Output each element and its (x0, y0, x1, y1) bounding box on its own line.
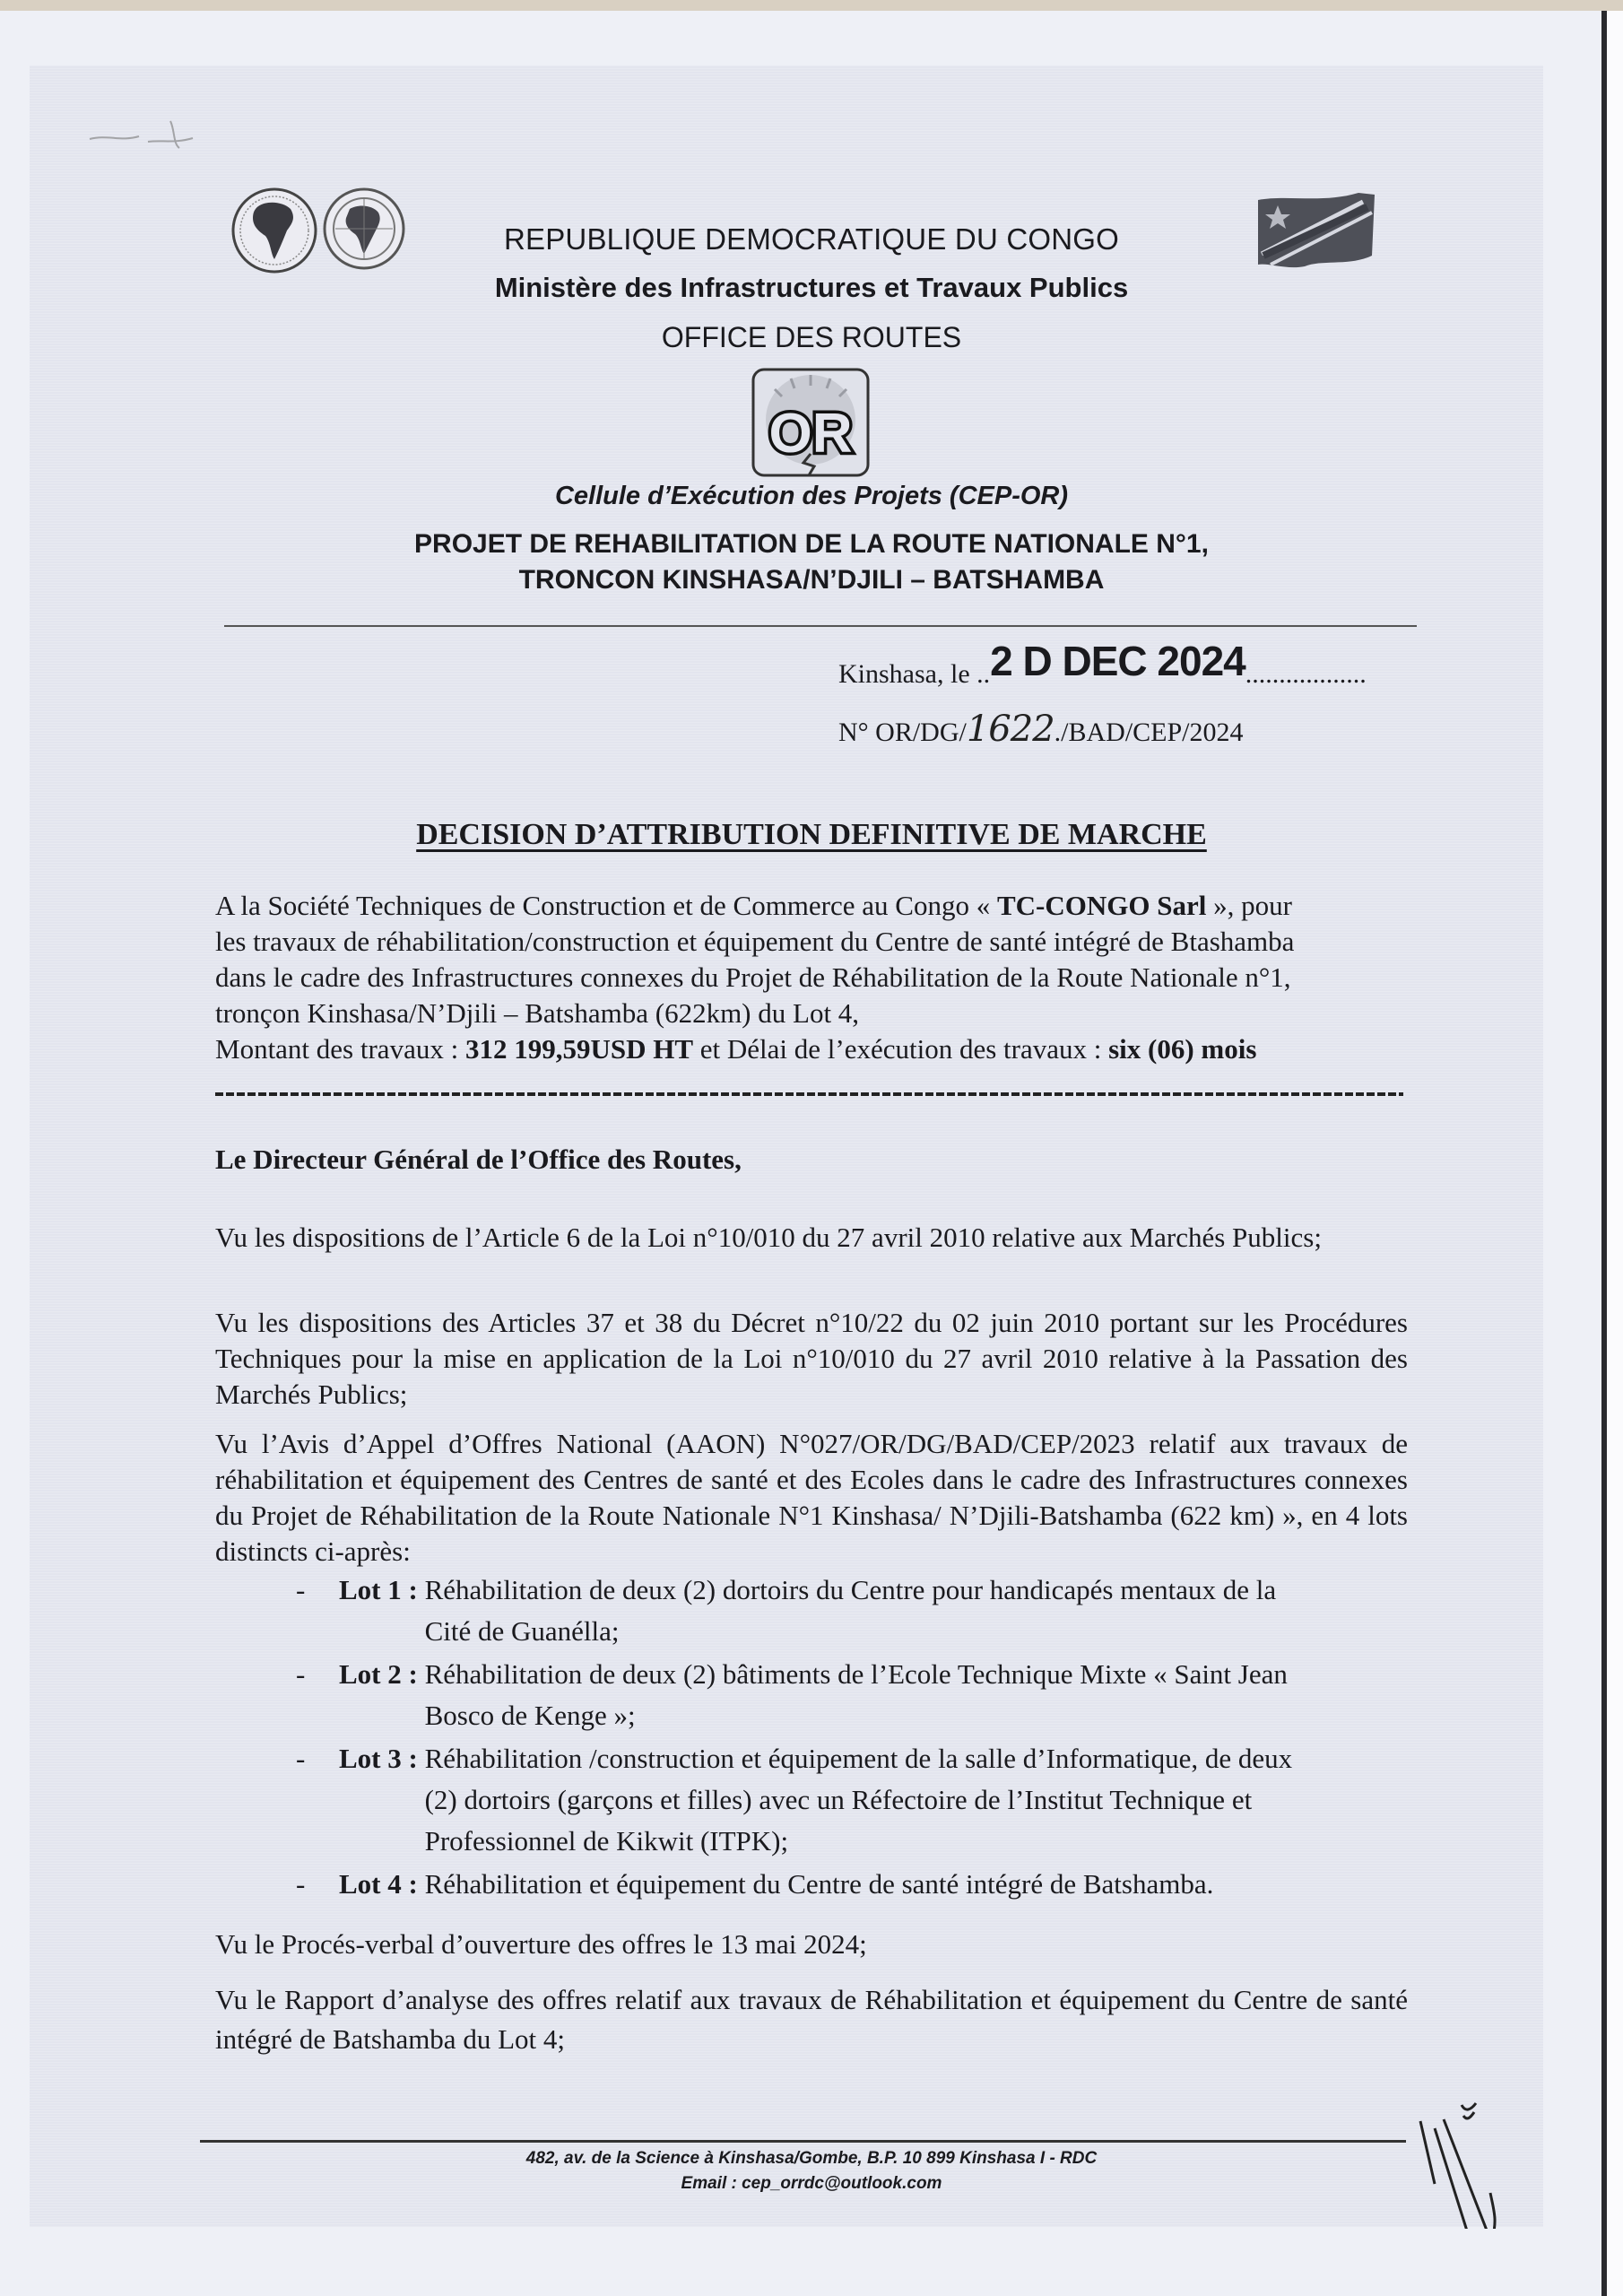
intro-line: les travaux de réhabilitation/constructi… (215, 924, 1408, 960)
initials-signature-icon (1408, 2085, 1533, 2229)
whereas-clause-2: Vu les dispositions des Articles 37 et 3… (215, 1305, 1408, 1413)
date-stamp: 2 D DEC 2024 (990, 638, 1245, 684)
pencil-scribble-icon (85, 108, 229, 161)
intro-line: tronçon Kinshasa/N’Djili – Batshamba (62… (215, 996, 1408, 1031)
office-des-routes-logo: OR OR (737, 359, 881, 484)
header-divider (224, 625, 1417, 627)
office-heading: OFFICE DES ROUTES (0, 321, 1623, 354)
company-name: TC-CONGO Sarl (997, 890, 1206, 921)
intro-line: dans le cadre des Infrastructures connex… (215, 960, 1408, 996)
execution-duration: six (06) mois (1108, 1033, 1256, 1065)
dashed-divider (215, 1092, 1403, 1096)
cell-heading: Cellule d’Exécution des Projets (CEP-OR) (0, 482, 1623, 511)
list-item: -Lot 1 : Réhabilitation de deux (2) dort… (296, 1570, 1408, 1652)
reference-number: N° OR/DG/1622./BAD/CEP/2024 (838, 709, 1244, 750)
list-item: -Lot 4 : Réhabilitation et équipement du… (296, 1864, 1408, 1905)
whereas-clause-5: Vu le Rapport d’analyse des offres relat… (215, 1980, 1408, 2059)
footer-email: Email : cep_orrdc@outlook.com (0, 2174, 1623, 2194)
project-heading-line2: TRONCON KINSHASA/N’DJILI – BATSHAMBA (0, 565, 1623, 596)
list-item: -Lot 2 : Réhabilitation de deux (2) bâti… (296, 1654, 1408, 1736)
document-title: DECISION D’ATTRIBUTION DEFINITIVE DE MAR… (0, 818, 1623, 852)
director-salutation: Le Directeur Général de l’Office des Rou… (215, 1144, 742, 1176)
whereas-clause-4: Vu le Procés-verbal d’ouverture des offr… (215, 1926, 1408, 1962)
scan-top-edge (0, 0, 1623, 11)
dateline: Kinshasa, le ..2 D DEC 2024.............… (838, 644, 1367, 692)
project-heading-line1: PROJET DE REHABILITATION DE LA ROUTE NAT… (0, 529, 1623, 560)
whereas-clause-1: Vu les dispositions de l’Article 6 de la… (215, 1220, 1408, 1256)
contract-amount: 312 199,59USD HT (465, 1033, 693, 1065)
intro-paragraph: A la Société Techniques de Construction … (215, 888, 1408, 1067)
handwritten-number: 1622 (967, 709, 1055, 750)
list-item: -Lot 3 : Réhabilitation /construction et… (296, 1738, 1408, 1862)
footer-address: 482, av. de la Science à Kinshasa/Gombe,… (0, 2149, 1623, 2169)
ministry-heading: Ministère des Infrastructures et Travaux… (0, 272, 1623, 304)
intro-line: Montant des travaux : 312 199,59USD HT e… (215, 1031, 1408, 1067)
lots-list: -Lot 1 : Réhabilitation de deux (2) dort… (296, 1570, 1408, 1907)
country-heading: REPUBLIQUE DEMOCRATIQUE DU CONGO (0, 222, 1623, 257)
whereas-clause-3: Vu l’Avis d’Appel d’Offres National (AAO… (215, 1426, 1408, 1570)
intro-line: A la Société Techniques de Construction … (215, 888, 1408, 924)
footer-divider (200, 2140, 1406, 2143)
